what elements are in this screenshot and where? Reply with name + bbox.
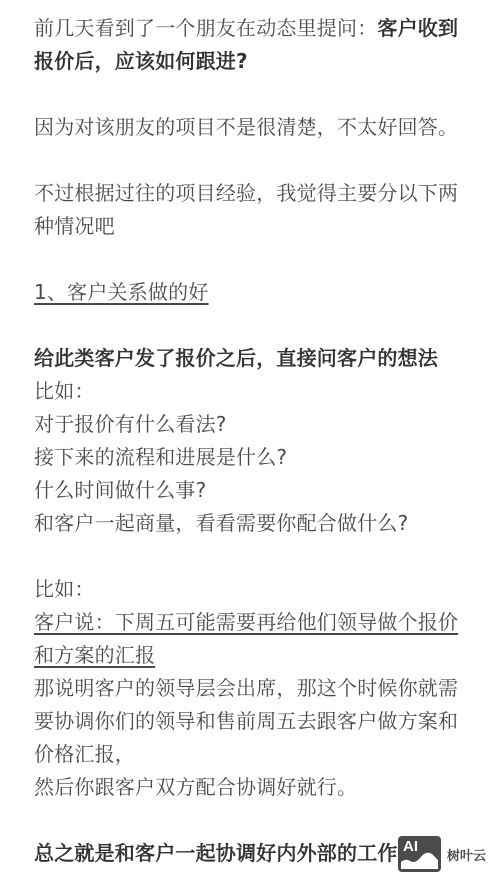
question-item: 和客户一起商量，看看需要你配合做什么? <box>34 507 474 540</box>
mountain-icon <box>398 836 441 872</box>
watermark: AI 树叶云 <box>398 836 486 872</box>
explanation-line-2: 要协调你们的领导和售前周五去跟客户做方案和 <box>34 705 474 738</box>
explanation-paragraph: 那说明客户的领导层会出席，那这个时候你就需 要协调你们的领导和售前周五去跟客户做… <box>34 672 474 804</box>
intro-question-part1: 客户收到 <box>377 16 458 40</box>
example-label: 比如： <box>34 573 474 606</box>
experience-line-2: 种情况吧 <box>34 210 474 243</box>
experience-line-1: 不过根据过往的项目经验，我觉得主要分以下两 <box>34 177 474 210</box>
explanation-line-3: 价格汇报， <box>34 738 474 771</box>
question-item: 接下来的流程和进展是什么? <box>34 441 474 474</box>
context-paragraph: 因为对该朋友的项目不是很清楚，不太好回答。 <box>34 111 474 144</box>
question-item: 什么时间做什么事? <box>34 474 474 507</box>
intro-paragraph: 前几天看到了一个朋友在动态里提问：客户收到 报价后，应该如何跟进? <box>34 12 474 78</box>
example-label: 比如： <box>34 375 474 408</box>
explanation-line-1: 那说明客户的领导层会出席，那这个时候你就需 <box>34 672 474 705</box>
ai-image-icon: AI <box>398 836 441 872</box>
intro-question-part2: 报价后，应该如何跟进? <box>34 45 474 78</box>
customer-quote-line-2: 和方案的汇报 <box>34 643 155 667</box>
explanation-line-4: 然后你跟客户双方配合协调好就行。 <box>34 771 474 804</box>
section-heading: 1、客户关系做的好 <box>34 276 474 309</box>
question-item: 对于报价有什么看法? <box>34 408 474 441</box>
customer-quote-line-1: 客户说：下周五可能需要再给他们领导做个报价 <box>34 606 474 639</box>
article-body: 前几天看到了一个朋友在动态里提问：客户收到 报价后，应该如何跟进? 因为对该朋友… <box>34 12 474 870</box>
section-subheading: 给此类客户发了报价之后，直接问客户的想法 <box>34 342 474 375</box>
watermark-text: 树叶云 <box>447 845 486 864</box>
intro-text: 前几天看到了一个朋友在动态里提问： <box>34 16 377 40</box>
customer-quote: 客户说：下周五可能需要再给他们领导做个报价 和方案的汇报 <box>34 606 474 672</box>
experience-paragraph: 不过根据过往的项目经验，我觉得主要分以下两 种情况吧 <box>34 177 474 243</box>
